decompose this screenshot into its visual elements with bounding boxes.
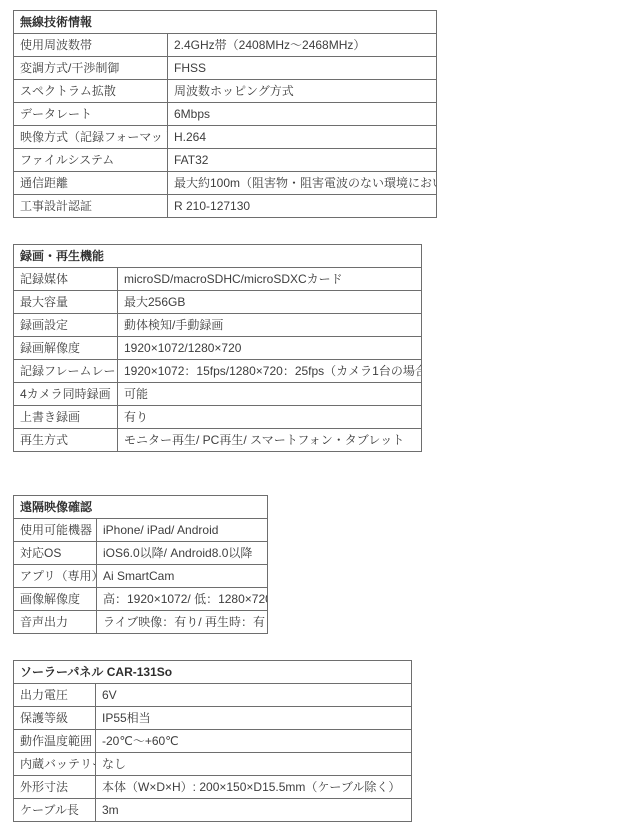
spec-value: Ai SmartCam bbox=[97, 565, 268, 588]
spec-value: 周波数ホッピング方式 bbox=[168, 80, 437, 103]
spec-value: -20℃～+60℃ bbox=[96, 730, 412, 753]
spec-label: ファイルシステム bbox=[14, 149, 168, 172]
spec-value: 可能 bbox=[118, 383, 422, 406]
table-row: 使用可能機器 iPhone/ iPad/ Android bbox=[14, 519, 268, 542]
spacer bbox=[13, 218, 640, 244]
spec-label: 記録媒体 bbox=[14, 268, 118, 291]
spec-label: ケーブル長 bbox=[14, 799, 96, 822]
spec-label: 外形寸法 bbox=[14, 776, 96, 799]
spec-table-recording: 録画・再生機能 記録媒体 microSD/macroSDHC/microSDXC… bbox=[13, 244, 422, 452]
spec-value: R 210-127130 bbox=[168, 195, 437, 218]
table-row: 変調方式/干渉制御 FHSS bbox=[14, 57, 437, 80]
spec-label: 動作温度範囲 bbox=[14, 730, 96, 753]
spacer bbox=[13, 452, 640, 495]
table-row: 工事設計認証 R 210-127130 bbox=[14, 195, 437, 218]
table-row: 記録フレームレート 1920×1072：15fps/1280×720：25fps… bbox=[14, 360, 422, 383]
spacer bbox=[13, 634, 640, 660]
spec-value: 6Mbps bbox=[168, 103, 437, 126]
spec-value: ライブ映像：有り/ 再生時：有り bbox=[97, 611, 268, 634]
spec-label: 記録フレームレート bbox=[14, 360, 118, 383]
spec-value: iOS6.0以降/ Android8.0以降 bbox=[97, 542, 268, 565]
table-row: 4カメラ同時録画 可能 bbox=[14, 383, 422, 406]
table-row: 録画解像度 1920×1072/1280×720 bbox=[14, 337, 422, 360]
spec-value: FAT32 bbox=[168, 149, 437, 172]
spec-label: 4カメラ同時録画 bbox=[14, 383, 118, 406]
table-row: 動作温度範囲 -20℃～+60℃ bbox=[14, 730, 412, 753]
table-row: 対応OS iOS6.0以降/ Android8.0以降 bbox=[14, 542, 268, 565]
table-row: 通信距離 最大約100m（阻害物・阻害電波のない環境において） bbox=[14, 172, 437, 195]
spec-label: 音声出力 bbox=[14, 611, 97, 634]
spec-label: 上書き録画 bbox=[14, 406, 118, 429]
table-row: スペクトラム拡散 周波数ホッピング方式 bbox=[14, 80, 437, 103]
spec-value: 最大約100m（阻害物・阻害電波のない環境において） bbox=[168, 172, 437, 195]
table-row: ファイルシステム FAT32 bbox=[14, 149, 437, 172]
spec-value: FHSS bbox=[168, 57, 437, 80]
spec-value: H.264 bbox=[168, 126, 437, 149]
spec-value: 動体検知/手動録画 bbox=[118, 314, 422, 337]
spec-label: スペクトラム拡散 bbox=[14, 80, 168, 103]
table-row: 画像解像度 高：1920×1072/ 低：1280×720 bbox=[14, 588, 268, 611]
table-row: アプリ（専用） Ai SmartCam bbox=[14, 565, 268, 588]
table-row: 映像方式（記録フォーマット） H.264 bbox=[14, 126, 437, 149]
spec-label: 対応OS bbox=[14, 542, 97, 565]
spec-value: 3m bbox=[96, 799, 412, 822]
spec-table-wireless: 無線技術情報 使用周波数帯 2.4GHz帯（2408MHz～2468MHz） 変… bbox=[13, 10, 437, 218]
spec-table-remote-view: 遠隔映像確認 使用可能機器 iPhone/ iPad/ Android 対応OS… bbox=[13, 495, 268, 634]
spec-label: 録画解像度 bbox=[14, 337, 118, 360]
table-row: 最大容量 最大256GB bbox=[14, 291, 422, 314]
table-title: ソーラーパネル CAR-131So bbox=[14, 661, 412, 684]
spec-label: 工事設計認証 bbox=[14, 195, 168, 218]
table-row: 内蔵バッテリー なし bbox=[14, 753, 412, 776]
spec-value: 2.4GHz帯（2408MHz～2468MHz） bbox=[168, 34, 437, 57]
spec-label: アプリ（専用） bbox=[14, 565, 97, 588]
table-row: データレート 6Mbps bbox=[14, 103, 437, 126]
table-title: 録画・再生機能 bbox=[14, 245, 422, 268]
table-row: 出力電圧 6V bbox=[14, 684, 412, 707]
spec-value: 本体（W×D×H）: 200×150×D15.5mm（ケーブル除く） bbox=[96, 776, 412, 799]
spec-label: 最大容量 bbox=[14, 291, 118, 314]
spec-label: 通信距離 bbox=[14, 172, 168, 195]
spec-value: 高：1920×1072/ 低：1280×720 bbox=[97, 588, 268, 611]
spec-value: 最大256GB bbox=[118, 291, 422, 314]
spec-value: 6V bbox=[96, 684, 412, 707]
table-row: 記録媒体 microSD/macroSDHC/microSDXCカード bbox=[14, 268, 422, 291]
spec-value: 有り bbox=[118, 406, 422, 429]
table-row: 外形寸法 本体（W×D×H）: 200×150×D15.5mm（ケーブル除く） bbox=[14, 776, 412, 799]
table-row: 再生方式 モニター再生/ PC再生/ スマートフォン・タブレット bbox=[14, 429, 422, 452]
spec-label: 画像解像度 bbox=[14, 588, 97, 611]
spec-value: microSD/macroSDHC/microSDXCカード bbox=[118, 268, 422, 291]
table-row: 使用周波数帯 2.4GHz帯（2408MHz～2468MHz） bbox=[14, 34, 437, 57]
spec-value: 1920×1072/1280×720 bbox=[118, 337, 422, 360]
spec-value: iPhone/ iPad/ Android bbox=[97, 519, 268, 542]
spec-label: 保護等級 bbox=[14, 707, 96, 730]
table-row: 録画設定 動体検知/手動録画 bbox=[14, 314, 422, 337]
spec-label: 録画設定 bbox=[14, 314, 118, 337]
spec-label: 内蔵バッテリー bbox=[14, 753, 96, 776]
spec-label: 使用可能機器 bbox=[14, 519, 97, 542]
table-row: 保護等級 IP55相当 bbox=[14, 707, 412, 730]
spec-label: 映像方式（記録フォーマット） bbox=[14, 126, 168, 149]
table-title: 遠隔映像確認 bbox=[14, 496, 268, 519]
spec-label: 出力電圧 bbox=[14, 684, 96, 707]
spec-table-solar-panel: ソーラーパネル CAR-131So 出力電圧 6V 保護等級 IP55相当 動作… bbox=[13, 660, 412, 822]
table-row: ケーブル長 3m bbox=[14, 799, 412, 822]
spec-label: 使用周波数帯 bbox=[14, 34, 168, 57]
spec-value: なし bbox=[96, 753, 412, 776]
spec-label: 再生方式 bbox=[14, 429, 118, 452]
spec-value: モニター再生/ PC再生/ スマートフォン・タブレット bbox=[118, 429, 422, 452]
spec-value: 1920×1072：15fps/1280×720：25fps（カメラ1台の場合） bbox=[118, 360, 422, 383]
table-row: 上書き録画 有り bbox=[14, 406, 422, 429]
spec-sheet: 無線技術情報 使用周波数帯 2.4GHz帯（2408MHz～2468MHz） 変… bbox=[0, 0, 640, 822]
table-row: 音声出力 ライブ映像：有り/ 再生時：有り bbox=[14, 611, 268, 634]
spec-value: IP55相当 bbox=[96, 707, 412, 730]
table-title: 無線技術情報 bbox=[14, 11, 437, 34]
spec-label: 変調方式/干渉制御 bbox=[14, 57, 168, 80]
spec-label: データレート bbox=[14, 103, 168, 126]
